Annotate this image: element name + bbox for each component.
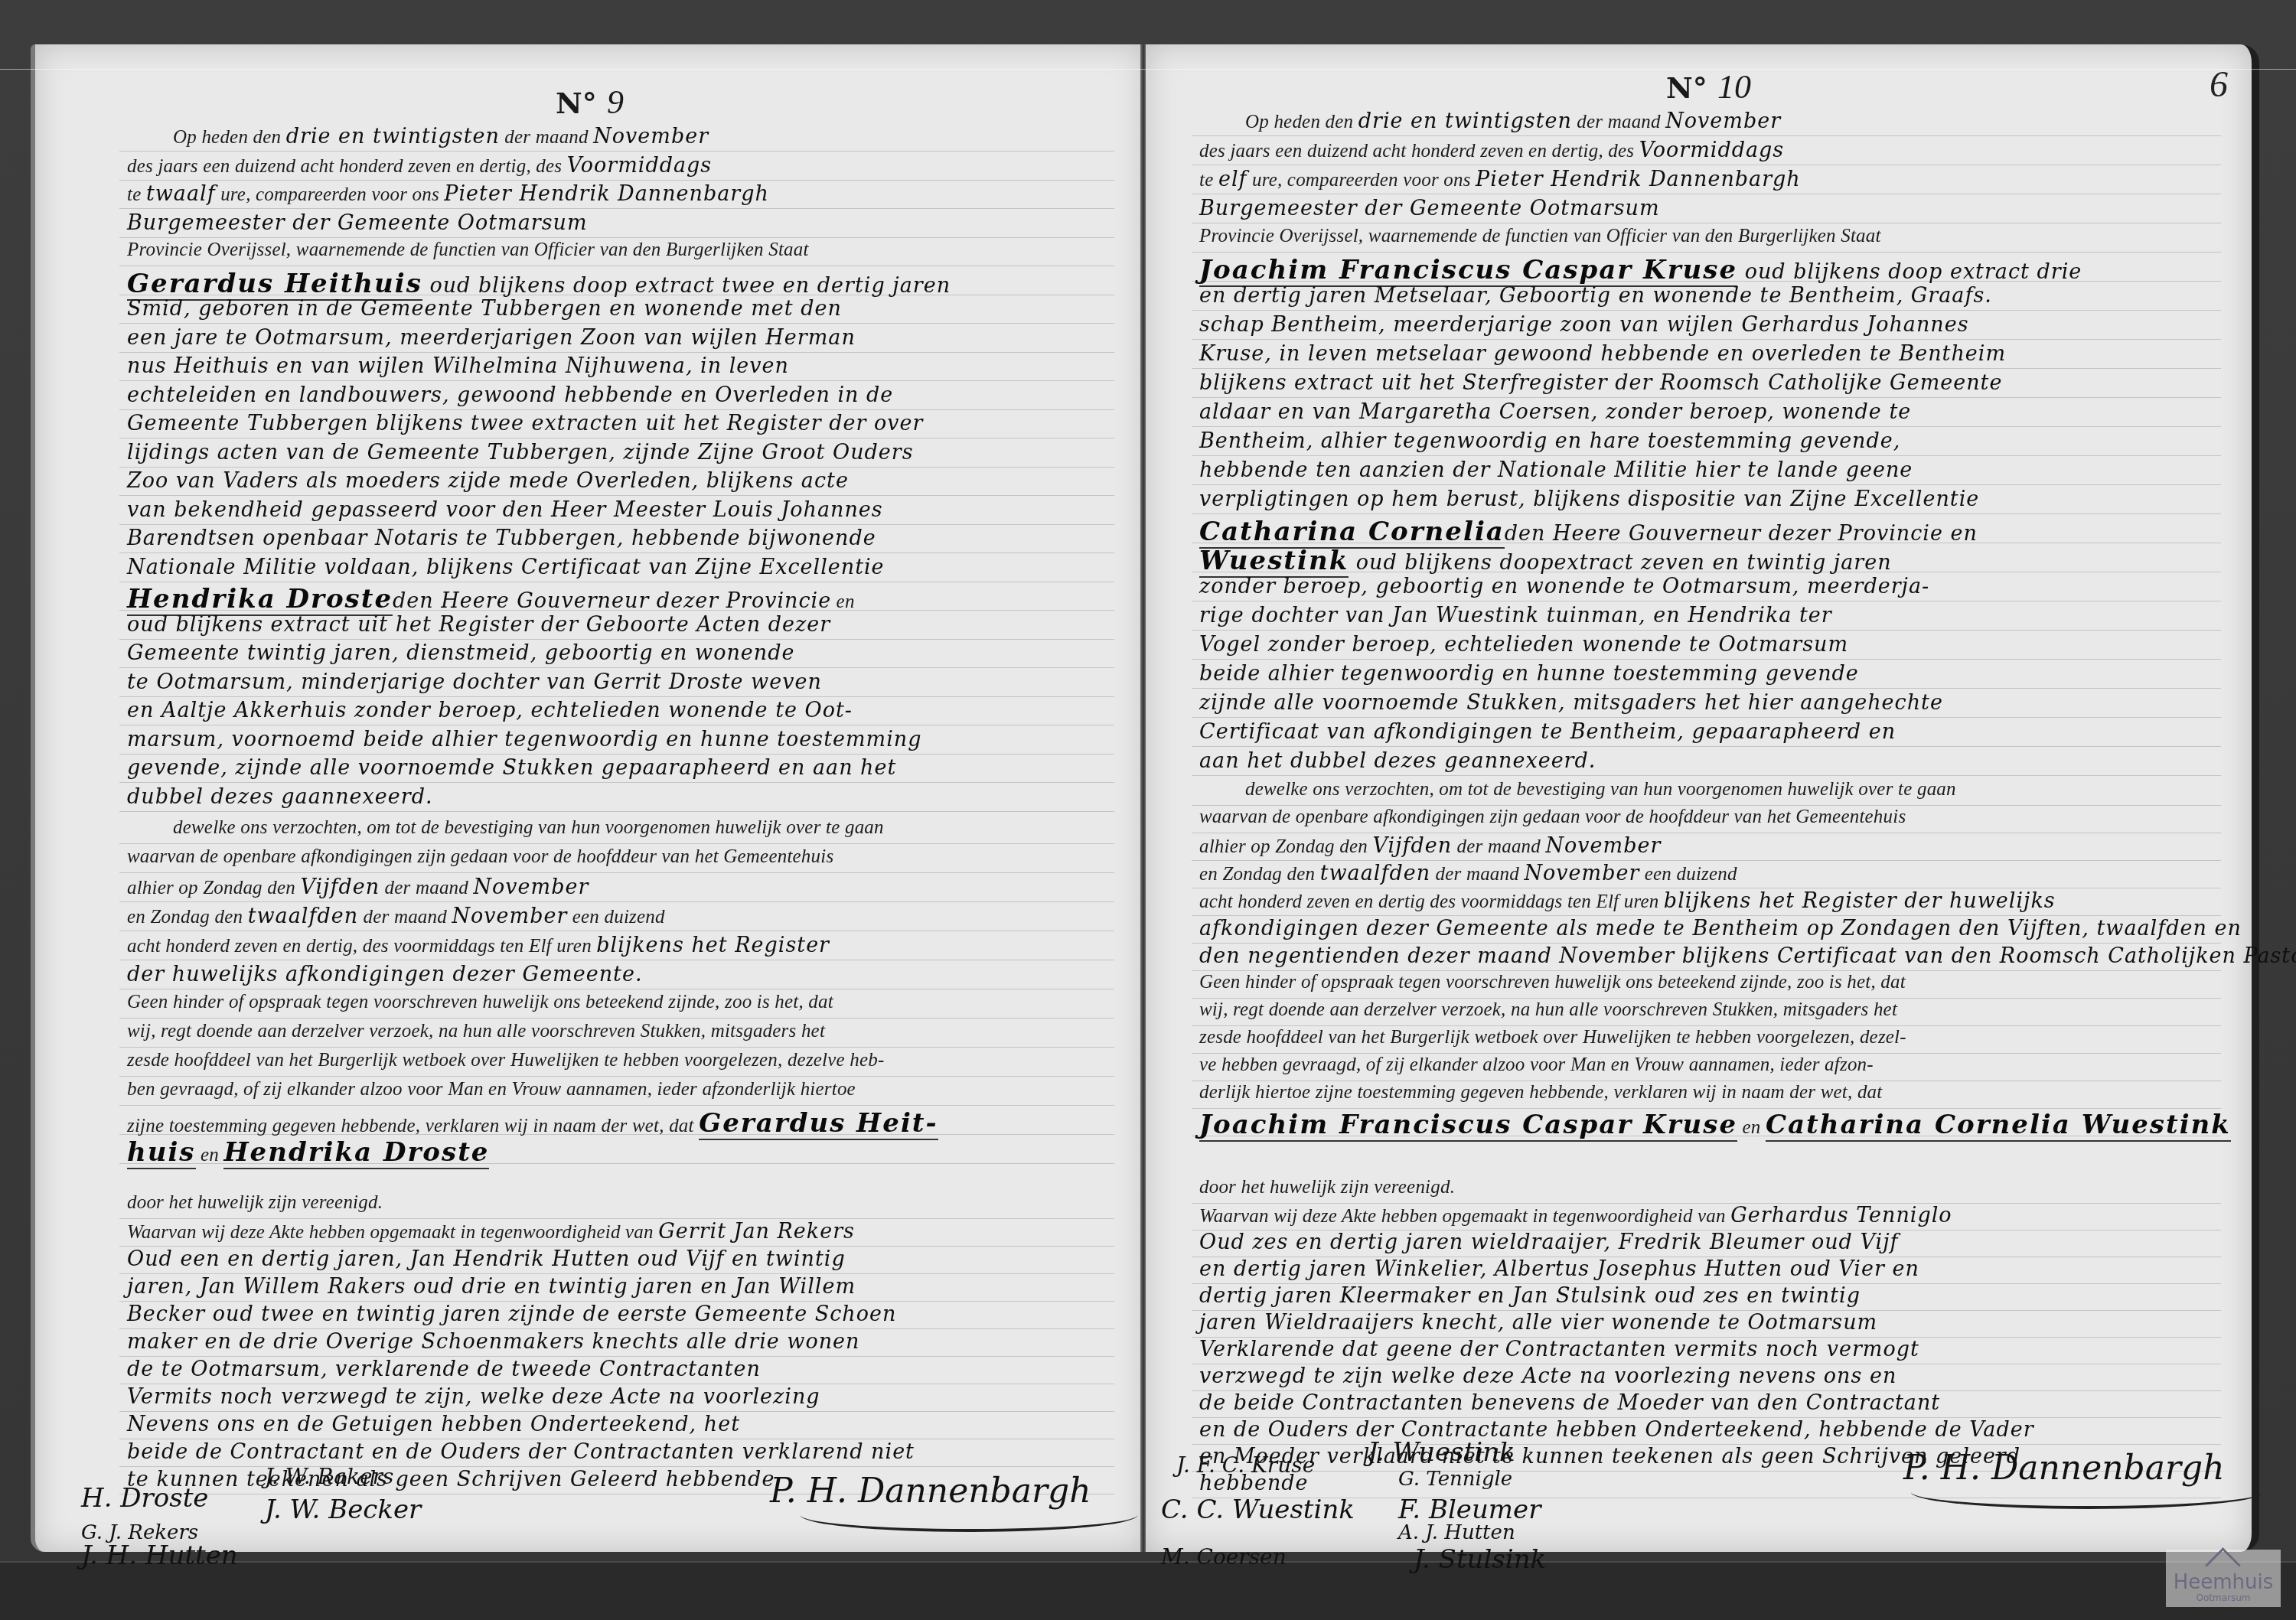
- ruled-line: [119, 1076, 1114, 1077]
- handwritten-entry: twaalfden: [1320, 862, 1430, 885]
- ruled-line: [119, 409, 1114, 410]
- signature-flourish: [1911, 1475, 2263, 1509]
- ruled-line: [119, 1105, 1114, 1106]
- line-text: en Aaltje Akkerhuis zonder beroep, echte…: [127, 699, 853, 722]
- ruled-line: [1192, 915, 2221, 916]
- signature: F. Bleumer: [1398, 1495, 1541, 1525]
- handwritten-entry: echteleiden en landbouwers, gewoond hebb…: [127, 383, 893, 407]
- line-text: beide alhier tegenwoordig en hunne toest…: [1199, 662, 1859, 686]
- ruled-line: [1192, 805, 2221, 806]
- printed-form-text: Provincie Overijssel, waarnemende de fun…: [1199, 226, 1881, 246]
- ruled-line: [119, 151, 1114, 152]
- ruled-line: [119, 725, 1114, 725]
- printed-form-text: Waarvan wij deze Akte hebben opgemaakt i…: [1199, 1206, 1730, 1227]
- ruled-line: [1192, 397, 2221, 398]
- handwritten-entry: gevende, zijnde alle voornoemde Stukken …: [127, 756, 896, 780]
- handwritten-entry: aldaar en van Margaretha Coersen, zonder…: [1199, 400, 1911, 424]
- ruled-line: [119, 1411, 1114, 1412]
- ruled-line: [1192, 368, 2221, 369]
- party-name: Gerardus Heit-: [699, 1108, 938, 1140]
- handwritten-entry: blijkens extract uit het Sterfregister d…: [1199, 371, 2002, 395]
- ruled-line: [1192, 1108, 2221, 1109]
- closing-line-text: de beide Contractanten benevens de Moede…: [1199, 1391, 1940, 1415]
- handwritten-entry: twaalfden: [248, 905, 358, 928]
- ruled-line: [119, 1384, 1114, 1384]
- form-line-text: afkondigingen dezer Gemeente als mede te…: [1199, 917, 2242, 940]
- closing-line-text: verzwegd te zijn welke deze Acte na voor…: [1199, 1364, 1896, 1388]
- ruled-line: [119, 237, 1114, 238]
- handwritten-entry: Gemeente Tubbergen blijkens twee extract…: [127, 412, 923, 435]
- closing-line-text: door het huwelijk zijn vereenigd.: [1199, 1177, 1455, 1198]
- ruled-line: [119, 639, 1114, 640]
- printed-form-text: en: [831, 592, 854, 612]
- handwritten-entry: te Ootmarsum, minderjarige dochter van G…: [127, 670, 822, 694]
- printed-form-text: Geen hinder of opspraak tegen voorschrev…: [127, 992, 833, 1012]
- ruled-line: [1192, 630, 2221, 631]
- handwritten-entry: de te Ootmarsum, verklarende de tweede C…: [127, 1358, 761, 1381]
- ruled-line: [1192, 688, 2221, 689]
- printed-form-text: Waarvan wij deze Akte hebben opgemaakt i…: [127, 1222, 658, 1243]
- handwritten-entry: twaalf: [146, 182, 216, 206]
- line-text: blijkens extract uit het Sterfregister d…: [1199, 371, 2002, 395]
- closing-line-text: jaren, Jan Willem Rakers oud drie en twi…: [127, 1275, 856, 1299]
- line-text: te twaalf ure, compareerden voor ons Pie…: [127, 182, 769, 206]
- closing-line-text: dertig jaren Kleermaker en Jan Stulsink …: [1199, 1284, 1861, 1308]
- handwritten-entry: Vogel zonder beroep, echtelieden wonende…: [1199, 633, 1848, 657]
- line-text: te elf ure, compareerden voor ons Pieter…: [1199, 168, 1801, 191]
- signature: J. Wuestink: [1368, 1437, 1515, 1468]
- signature: G. Tennigle: [1398, 1468, 1512, 1491]
- ruled-line: [1192, 659, 2221, 660]
- closing-line-text: Nevens ons en de Getuigen hebben Onderte…: [127, 1413, 740, 1436]
- number-label: N°: [1666, 70, 1707, 105]
- handwritten-entry: Vijfden: [300, 875, 380, 899]
- handwritten-entry: oud blijkens doop extract drie: [1737, 260, 2082, 284]
- printed-form-text: en: [1737, 1117, 1766, 1138]
- ruled-line: [119, 1439, 1114, 1439]
- ruled-line: [119, 901, 1114, 902]
- form-line-text: wij, regt doende aan derzelver verzoek, …: [1199, 999, 1897, 1021]
- ruled-line: [119, 1273, 1114, 1274]
- handwritten-entry: maker en de drie Overige Schoenmakers kn…: [127, 1330, 859, 1354]
- line-text: Vogel zonder beroep, echtelieden wonende…: [1199, 633, 1848, 657]
- closing-line-text: en Moeder verklaard niet te kunnen teeke…: [1199, 1445, 2020, 1468]
- printed-form-text: ure, compareerden voor ons: [1247, 170, 1476, 191]
- handwritten-entry: en dertig jaren Winkelier, Albertus Jose…: [1199, 1257, 1919, 1281]
- line-text: hebbende ten aanzien der Nationale Milit…: [1199, 458, 1913, 482]
- ruled-line: [1192, 717, 2221, 718]
- handwritten-entry: verpligtingen op hem berust, blijkens di…: [1199, 487, 1979, 511]
- ruled-line: [1192, 484, 2221, 485]
- line-text: Joachim Franciscus Caspar Kruse oud blij…: [1199, 255, 2082, 285]
- handwritten-entry: verzwegd te zijn welke deze Acte na voor…: [1199, 1364, 1896, 1388]
- handwritten-entry: en Moeder verklaard niet te kunnen teeke…: [1199, 1445, 2020, 1468]
- handwritten-entry: Kruse, in leven metselaar gewoond hebben…: [1199, 342, 2006, 366]
- printed-form-text: derlijk hiertoe zijne toestemming gegeve…: [1199, 1082, 1882, 1103]
- line-text: oud blijkens extract uit het Register de…: [127, 613, 830, 637]
- line-text: schap Bentheim, meerderjarige zoon van w…: [1199, 313, 1969, 337]
- ruled-line: [119, 931, 1114, 931]
- line-text: lijdings acten van de Gemeente Tubbergen…: [127, 441, 914, 464]
- printed-form-text: Op heden den: [1245, 112, 1358, 132]
- printed-form-text: ve hebben gevraagd, of zij elkander alzo…: [1199, 1054, 1874, 1075]
- line-text: verpligtingen op hem berust, blijkens di…: [1199, 487, 1979, 511]
- form-line-text: zesde hoofddeel van het Burgerlijk wetbo…: [1199, 1027, 1906, 1048]
- right-page: N° 10 6 Op heden den drie en twintigsten…: [1146, 44, 2259, 1552]
- handwritten-entry: Bentheim, alhier tegenwoordig en hare to…: [1199, 429, 1900, 453]
- party-name: Catharina Cornelia: [1199, 517, 1505, 549]
- ruled-line: [119, 552, 1114, 553]
- ruled-line: [119, 266, 1114, 266]
- line-text: Op heden den drie en twintigsten der maa…: [173, 125, 709, 148]
- closing-line-text: en dertig jaren Winkelier, Albertus Jose…: [1199, 1257, 1919, 1281]
- printed-form-text: dewelke ons verzochten, om tot de bevest…: [173, 817, 884, 838]
- ruled-line: [119, 495, 1114, 496]
- handwritten-entry: beide de Contractant en de Ouders der Co…: [127, 1440, 915, 1464]
- ruled-line: [1192, 455, 2221, 456]
- ruled-line: [1192, 1081, 2221, 1081]
- ruled-line: [1192, 1025, 2221, 1026]
- ruled-line: [1192, 833, 2221, 833]
- printed-form-text: door het huwelijk zijn vereenigd.: [127, 1192, 383, 1213]
- handwritten-entry: zijnde alle voornoemde Stukken, mitsgade…: [1199, 691, 1943, 715]
- printed-form-text: Geen hinder of opspraak tegen voorschrev…: [1199, 972, 1906, 993]
- handwritten-entry: rige dochter van Jan Wuestink tuinman, e…: [1199, 604, 1832, 627]
- signature-flourish: [801, 1498, 1137, 1532]
- line-text: Smid, geboren in de Gemeente Tubbergen e…: [127, 297, 842, 321]
- ruled-line: [119, 1301, 1114, 1302]
- handwritten-entry: Smid, geboren in de Gemeente Tubbergen e…: [127, 297, 842, 321]
- closing-line-text: Vermits noch verzwegd te zijn, welke dez…: [127, 1385, 820, 1409]
- handwritten-entry: hebbende ten aanzien der Nationale Milit…: [1199, 458, 1913, 482]
- handwritten-entry: aan het dubbel dezes geannexeerd.: [1199, 749, 1596, 773]
- form-line-text: alhier op Zondag den Vijfden der maand N…: [1199, 834, 1661, 858]
- ruled-line: [119, 467, 1114, 468]
- ruled-line: [119, 843, 1114, 844]
- handwritten-entry: lijdings acten van de Gemeente Tubbergen…: [127, 441, 914, 464]
- ruled-line: [1192, 888, 2221, 888]
- ruled-line: [119, 1218, 1114, 1219]
- handwritten-entry: Pieter Hendrik Dannenbargh: [1476, 168, 1801, 191]
- signature: A. J. Hutten: [1398, 1521, 1515, 1544]
- record-number: N° 9: [556, 83, 624, 122]
- handwritten-entry: Vermits noch verzwegd te zijn, welke dez…: [127, 1385, 820, 1409]
- line-text: marsum, voornoemd beide alhier tegenwoor…: [127, 728, 922, 751]
- form-line-text: den negentienden dezer maand November bl…: [1199, 944, 2296, 968]
- closing-line-text: de te Ootmarsum, verklarende de tweede C…: [127, 1358, 761, 1381]
- printed-form-text: acht honderd zeven en dertig, des voormi…: [127, 936, 596, 957]
- printed-form-text: waarvan de openbare afkondigingen zijn g…: [127, 846, 833, 867]
- closing-line-text: te kunnen teekenen als geen Schrijven Ge…: [127, 1468, 775, 1491]
- form-line-text: acht honderd zeven en dertig des voormid…: [1199, 889, 2056, 913]
- printed-form-text: zijne toestemming gegeven hebbende, verk…: [127, 1116, 699, 1136]
- ruled-line: [1192, 970, 2221, 971]
- line-text: Provincie Overijssel, waarnemende de fun…: [127, 240, 809, 261]
- line-text: gevende, zijnde alle voornoemde Stukken …: [127, 756, 896, 780]
- line-text: Barendtsen openbaar Notaris te Tubbergen…: [127, 526, 876, 550]
- printed-form-text: en Zondag den: [1199, 864, 1320, 885]
- handwritten-entry: Pieter Hendrik Dannenbargh: [444, 182, 769, 206]
- line-text: Wuestink oud blijkens doopextract zeven …: [1199, 546, 1892, 576]
- printed-form-text: waarvan de openbare afkondigingen zijn g…: [1199, 807, 1906, 827]
- printed-form-text: wij, regt doende aan derzelver verzoek, …: [127, 1021, 825, 1041]
- handwritten-entry: jaren Wieldraaijers knecht, alle vier wo…: [1199, 1311, 1877, 1335]
- handwritten-entry: Certificaat van afkondigingen te Benthei…: [1199, 720, 1896, 744]
- handwritten-entry: Voormiddags: [567, 154, 712, 178]
- printed-form-text: Provincie Overijssel, waarnemende de fun…: [127, 240, 809, 260]
- printed-form-text: alhier op Zondag den: [127, 878, 300, 898]
- form-line-text: dewelke ons verzochten, om tot de bevest…: [1245, 779, 1956, 800]
- printed-form-text: te: [1199, 170, 1218, 191]
- handwritten-entry: de beide Contractanten benevens de Moede…: [1199, 1391, 1940, 1415]
- watermark-subtitle: Ootmarsum: [2166, 1592, 2281, 1603]
- printed-form-text: acht honderd zeven en dertig des voormid…: [1199, 891, 1664, 912]
- handwritten-entry: van bekendheid gepasseerd voor den Heer …: [127, 498, 883, 522]
- line-text: des jaars een duizend acht honderd zeven…: [1199, 139, 1784, 162]
- printed-form-text: zesde hoofddeel van het Burgerlijk wetbo…: [1199, 1027, 1906, 1048]
- handwritten-entry: nus Heithuis en van wijlen Wilhelmina Ni…: [127, 354, 789, 378]
- signature: J. W. Becker: [265, 1495, 421, 1525]
- handwritten-entry: een jare te Ootmarsum, meerderjarigen Zo…: [127, 326, 856, 350]
- party-name: Hendrika Droste: [127, 584, 393, 616]
- handwritten-entry: Becker oud twee en twintig jaren zijnde …: [127, 1302, 896, 1326]
- line-text: rige dochter van Jan Wuestink tuinman, e…: [1199, 604, 1832, 627]
- handwritten-entry: Oud zes en dertig jaren wieldraaijer, Fr…: [1199, 1230, 1899, 1254]
- form-line-text: Joachim Franciscus Caspar Kruse en Catha…: [1199, 1110, 2231, 1140]
- line-text: Burgemeester der Gemeente Ootmarsum: [1199, 197, 1660, 220]
- printed-form-text: zesde hoofddeel van het Burgerlijk wetbo…: [127, 1050, 885, 1071]
- ruled-line: [1192, 998, 2221, 999]
- form-line-text: ben gevraagd, of zij elkander alzoo voor…: [127, 1079, 856, 1100]
- ruled-line: [119, 323, 1114, 324]
- ruled-line: [119, 352, 1114, 353]
- ruled-line: [119, 667, 1114, 668]
- form-line-text: wij, regt doende aan derzelver verzoek, …: [127, 1021, 825, 1042]
- line-text: nus Heithuis en van wijlen Wilhelmina Ni…: [127, 354, 789, 378]
- ruled-line: [119, 1356, 1114, 1357]
- ruled-line: [1192, 194, 2221, 194]
- ruled-line: [1192, 223, 2221, 223]
- printed-form-text: ure, compareerden voor ons: [216, 184, 445, 205]
- number-label: N°: [556, 86, 597, 120]
- printed-form-text: dewelke ons verzochten, om tot de bevest…: [1245, 779, 1956, 800]
- handwritten-entry: Voormiddags: [1639, 139, 1784, 162]
- handwritten-entry: zonder beroep, geboortig en wonende te O…: [1199, 575, 1929, 598]
- signature: C. C. Wuestink: [1161, 1495, 1355, 1525]
- handwritten-entry: Gemeente twintig jaren, dienstmeid, gebo…: [127, 641, 794, 665]
- handwritten-entry: November: [473, 875, 589, 899]
- handwritten-entry: jaren, Jan Willem Rakers oud drie en twi…: [127, 1275, 856, 1299]
- ruled-line: [119, 782, 1114, 783]
- handwritten-entry: te kunnen teekenen als geen Schrijven Ge…: [127, 1468, 775, 1491]
- line-text: Zoo van Vaders als moeders zijde mede Ov…: [127, 469, 849, 493]
- printed-form-text: der maand: [1430, 864, 1524, 885]
- line-text: dubbel dezes gaannexeerd.: [127, 785, 433, 809]
- closing-line-text: Oud zes en dertig jaren wieldraaijer, Fr…: [1199, 1230, 1899, 1254]
- handwritten-entry: November: [593, 125, 709, 148]
- line-text: Gemeente twintig jaren, dienstmeid, gebo…: [127, 641, 794, 665]
- party-name: Joachim Franciscus Caspar Kruse: [1199, 1110, 1737, 1142]
- printed-form-text: alhier op Zondag den: [1199, 836, 1372, 857]
- closing-line-text: Becker oud twee en twintig jaren zijnde …: [127, 1302, 896, 1326]
- printed-form-text: der maand: [1452, 836, 1545, 857]
- ruled-line: [119, 1328, 1114, 1329]
- form-line-text: waarvan de openbare afkondigingen zijn g…: [127, 846, 833, 868]
- line-text: aldaar en van Margaretha Coersen, zonder…: [1199, 400, 1911, 424]
- ruled-line: [1192, 135, 2221, 136]
- closing-line-text: Waarvan wij deze Akte hebben opgemaakt i…: [127, 1220, 855, 1244]
- printed-form-text: Op heden den: [173, 127, 286, 148]
- line-text: van bekendheid gepasseerd voor den Heer …: [127, 498, 883, 522]
- ruled-line: [1192, 601, 2221, 601]
- signature: H. Droste: [81, 1483, 208, 1514]
- handwritten-entry: marsum, voornoemd beide alhier tegenwoor…: [127, 728, 922, 751]
- record-number-value: 10: [1717, 68, 1751, 106]
- handwritten-entry: November: [452, 905, 567, 928]
- closing-line-text: jaren Wieldraaijers knecht, alle vier wo…: [1199, 1311, 1877, 1335]
- handwritten-entry: oud blijkens doop extract twee en dertig…: [422, 274, 951, 298]
- ruled-line: [1192, 746, 2221, 747]
- ruled-line: [119, 960, 1114, 960]
- handwritten-entry: oud blijkens doopextract zeven en twinti…: [1349, 551, 1891, 575]
- ruled-line: [1192, 339, 2221, 340]
- line-text: Hendrika Drosteden Heere Gouverneur deze…: [127, 584, 855, 614]
- handwritten-entry: Zoo van Vaders als moeders zijde mede Ov…: [127, 469, 849, 493]
- handwritten-entry: drie en twintigsten: [1358, 109, 1572, 133]
- handwritten-entry: en de Ouders der Contractante hebben Ond…: [1199, 1418, 2034, 1442]
- scan-artifact-line: [0, 69, 2296, 70]
- handwritten-entry: Burgemeester der Gemeente Ootmarsum: [1199, 197, 1660, 220]
- party-name: Wuestink: [1199, 546, 1349, 578]
- handwritten-entry: Burgemeester der Gemeente Ootmarsum: [127, 211, 588, 235]
- ruled-line: [119, 438, 1114, 438]
- record-number: N° 10: [1666, 67, 1751, 106]
- ruled-line: [119, 989, 1114, 989]
- closing-line-text: Verklarende dat geene der Contractanten …: [1199, 1338, 1919, 1361]
- ruled-line: [119, 208, 1114, 209]
- handwritten-entry: afkondigingen dezer Gemeente als mede te…: [1199, 917, 2242, 940]
- handwritten-entry: Nevens ons en de Getuigen hebben Onderte…: [127, 1413, 740, 1436]
- ruled-line: [1192, 1053, 2221, 1054]
- signature: J. Stulsink: [1414, 1544, 1546, 1575]
- ruled-line: [1192, 775, 2221, 776]
- handwritten-entry: Nationale Militie voldaan, blijkens Cert…: [127, 556, 885, 579]
- ruled-line: [1192, 943, 2221, 944]
- ruled-line: [119, 380, 1114, 381]
- handwritten-entry: blijkens het Register: [596, 934, 830, 957]
- handwritten-entry: Vijfden: [1372, 834, 1452, 858]
- printed-form-text: der maand: [1572, 112, 1665, 132]
- printed-form-text: der maand: [358, 907, 452, 927]
- handwritten-entry: oud blijkens extract uit het Register de…: [127, 613, 830, 637]
- handwritten-entry: schap Bentheim, meerderjarige zoon van w…: [1199, 313, 1969, 337]
- line-text: des jaars een duizend acht honderd zeven…: [127, 154, 712, 178]
- handwritten-entry: drie en twintigsten: [286, 125, 500, 148]
- party-name: Gerardus Heithuis: [127, 269, 422, 301]
- ruled-line: [1192, 310, 2221, 311]
- line-text: zonder beroep, geboortig en wonende te O…: [1199, 575, 1929, 598]
- line-text: Certificaat van afkondigingen te Benthei…: [1199, 720, 1896, 744]
- handwritten-entry: Oud een en dertig jaren, Jan Hendrik Hut…: [127, 1247, 846, 1271]
- form-line-text: waarvan de openbare afkondigingen zijn g…: [1199, 807, 1906, 828]
- ruled-line: [119, 180, 1114, 181]
- line-text: Bentheim, alhier tegenwoordig en hare to…: [1199, 429, 1900, 453]
- closing-line-text: beide de Contractant en de Ouders der Co…: [127, 1440, 915, 1464]
- printed-form-text: en: [196, 1145, 224, 1165]
- party-name: Joachim Franciscus Caspar Kruse: [1199, 255, 1737, 287]
- printed-form-text: te: [127, 184, 146, 205]
- form-line-text: huis en Hendrika Droste: [127, 1137, 489, 1168]
- form-line-text: zesde hoofddeel van het Burgerlijk wetbo…: [127, 1050, 885, 1071]
- printed-form-text: een duizend: [1639, 864, 1737, 885]
- ruled-line: [1192, 426, 2221, 427]
- handwritten-entry: der huwelijks afkondigingen dezer Gemeen…: [127, 963, 642, 986]
- signature: J. F. C. Kruse: [1176, 1452, 1315, 1478]
- handwritten-entry: November: [1524, 862, 1639, 885]
- ruled-line: [1192, 165, 2221, 165]
- form-line-text: Geen hinder of opspraak tegen voorschrev…: [1199, 972, 1906, 993]
- ruled-line: [119, 696, 1114, 697]
- closing-line-text: Waarvan wij deze Akte hebben opgemaakt i…: [1199, 1204, 1952, 1227]
- line-text: zijnde alle voornoemde Stukken, mitsgade…: [1199, 691, 1943, 715]
- ruled-line: [119, 754, 1114, 755]
- form-line-text: derlijk hiertoe zijne toestemming gegeve…: [1199, 1082, 1882, 1103]
- handwritten-entry: den negentienden dezer maand November bl…: [1199, 944, 2296, 968]
- party-name: Catharina Cornelia Wuestink: [1766, 1110, 2231, 1142]
- ruled-line: [119, 1047, 1114, 1048]
- ruled-line: [119, 524, 1114, 525]
- form-line-text: ve hebben gevraagd, of zij elkander alzo…: [1199, 1054, 1874, 1076]
- line-text: Kruse, in leven metselaar gewoond hebben…: [1199, 342, 2006, 366]
- line-text: aan het dubbel dezes geannexeerd.: [1199, 749, 1596, 773]
- closing-line-text: Oud een en dertig jaren, Jan Hendrik Hut…: [127, 1247, 846, 1271]
- handwritten-entry: beide alhier tegenwoordig en hunne toest…: [1199, 662, 1859, 686]
- handwritten-entry: Verklarende dat geene der Contractanten …: [1199, 1338, 1919, 1361]
- printed-form-text: der maand: [500, 127, 593, 148]
- printed-form-text: ben gevraagd, of zij elkander alzoo voor…: [127, 1079, 856, 1100]
- record-number-value: 9: [607, 83, 624, 121]
- line-text: echteleiden en landbouwers, gewoond hebb…: [127, 383, 893, 407]
- scanner-bed-edge: [0, 1561, 2296, 1620]
- printed-form-text: des jaars een duizend acht honderd zeven…: [1199, 141, 1639, 161]
- ruled-line: [119, 582, 1114, 582]
- watermark-title: Heemhuis: [2166, 1573, 2281, 1592]
- line-text: Nationale Militie voldaan, blijkens Cert…: [127, 556, 885, 579]
- handwritten-entry: Gerrit Jan Rekers: [658, 1220, 855, 1244]
- left-page: N° 9 Op heden den drie en twintigsten de…: [31, 44, 1145, 1552]
- line-text: Catharina Corneliaden Heere Gouverneur d…: [1199, 517, 1978, 547]
- handwritten-entry: dubbel dezes gaannexeerd.: [127, 785, 433, 809]
- handwritten-entry: en Aaltje Akkerhuis zonder beroep, echte…: [127, 699, 853, 722]
- line-text: te Ootmarsum, minderjarige dochter van G…: [127, 670, 822, 694]
- line-text: Burgemeester der Gemeente Ootmarsum: [127, 211, 588, 235]
- line-text: en dertig jaren Metselaar, Geboortig en …: [1199, 284, 1992, 308]
- handwritten-entry: November: [1545, 834, 1661, 858]
- printed-form-text: der maand: [380, 878, 473, 898]
- handwritten-entry: blijkens het Register der huwelijks: [1664, 889, 2056, 913]
- line-text: Gerardus Heithuis oud blijkens doop extr…: [127, 269, 951, 299]
- line-text: Op heden den drie en twintigsten der maa…: [1245, 109, 1781, 133]
- form-line-text: zijne toestemming gegeven hebbende, verk…: [127, 1108, 938, 1139]
- closing-line-text: maker en de drie Overige Schoenmakers kn…: [127, 1330, 859, 1354]
- form-line-text: alhier op Zondag den Vijfden der maand N…: [127, 875, 589, 899]
- ruled-line: [119, 1246, 1114, 1247]
- line-text: een jare te Ootmarsum, meerderjarigen Zo…: [127, 326, 856, 350]
- form-line-text: dewelke ons verzochten, om tot de bevest…: [173, 817, 884, 839]
- handwritten-entry: den Heere Gouverneur dezer Provincie: [393, 589, 831, 613]
- form-line-text: acht honderd zeven en dertig, des voormi…: [127, 934, 830, 957]
- handwritten-entry: Barendtsen openbaar Notaris te Tubbergen…: [127, 526, 876, 550]
